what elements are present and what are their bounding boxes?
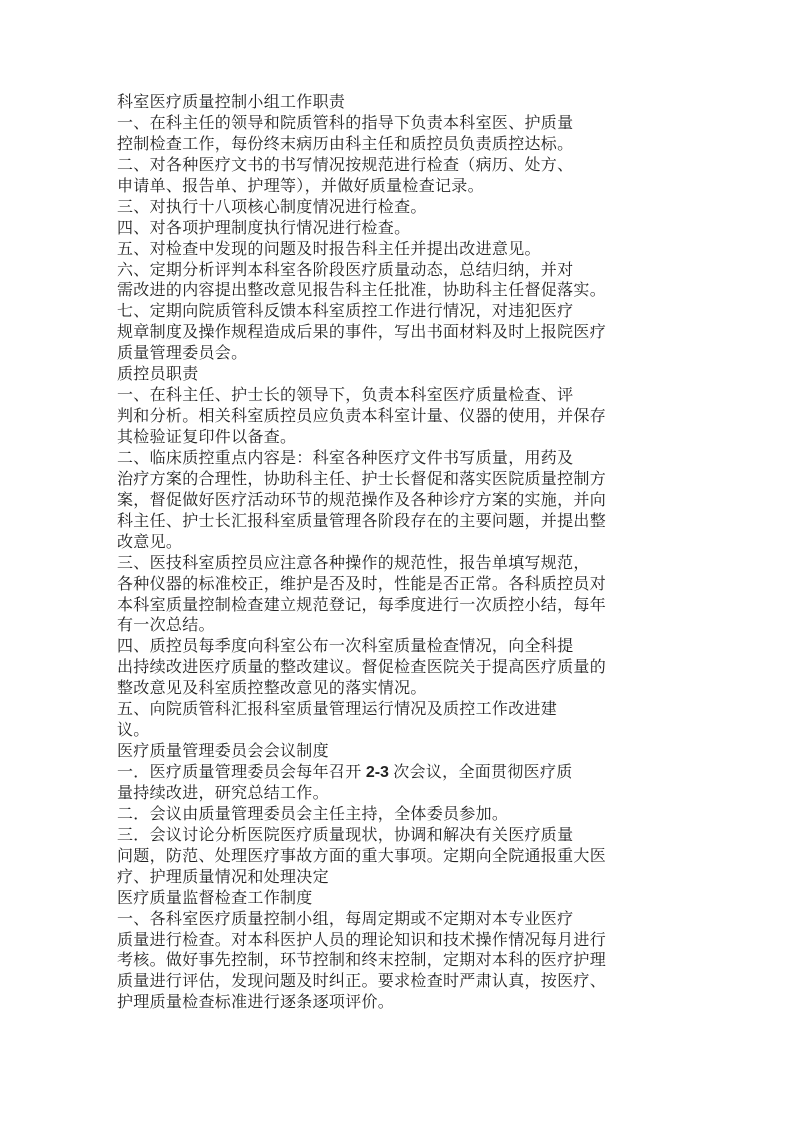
text-line: 二、对各种医疗文书的书写情况按规范进行检查（病历、处方、: [117, 156, 747, 177]
text-line: 一、在科主任、护士长的领导下，负责本科室医疗质量检查、评: [117, 386, 747, 407]
text-line: 三．会议讨论分析医院医疗质量现状，协调和解决有关医疗质量: [117, 826, 747, 847]
text-line: 五、向院质管科汇报科室质量管理运行情况及质控工作改进建: [117, 700, 747, 721]
text-line: 四、质控员每季度向科室公布一次科室质量检查情况，向全科提: [117, 637, 747, 658]
text-line: 考核。做好事先控制，环节控制和终末控制，定期对本科的医疗护理: [117, 951, 747, 972]
text-line: 科主任、护士长汇报科室质量管理各阶段存在的主要问题，并提出整: [117, 512, 747, 533]
text-line: 质量管理委员会。: [117, 344, 747, 365]
text-line: 治疗方案的合理性，协助科主任、护士长督促和落实医院质量控制方: [117, 470, 747, 491]
section-heading: 医疗质量管理委员会会议制度: [117, 742, 747, 763]
text-line: 各种仪器的标准校正，维护是否及时，性能是否正常。各科质控员对: [117, 575, 747, 596]
text-line: 整改意见及科室质控整改意见的落实情况。: [117, 679, 747, 700]
text-line: 量持续改进，研究总结工作。: [117, 784, 747, 805]
text-line: 控制检查工作，每份终末病历由科主任和质控员负责质控达标。: [117, 135, 747, 156]
text-line: 判和分析。相关科室质控员应负责本科室计量、仪器的使用，并保存: [117, 407, 747, 428]
text-line: 案，督促做好医疗活动环节的规范操作及各种诊疗方案的实施，并向: [117, 491, 747, 512]
text-line: 一、在科主任的领导和院质管科的指导下负责本科室医、护质量: [117, 114, 747, 135]
text-line: 一、各科室医疗质量控制小组，每周定期或不定期对本专业医疗: [117, 910, 747, 931]
text-line: 质量进行评估，发现问题及时纠正。要求检查时严肃认真，按医疗、: [117, 972, 747, 993]
text-line: 六、定期分析评判本科室各阶段医疗质量动态，总结归纳，并对: [117, 261, 747, 282]
text-line: 二、临床质控重点内容是：科室各种医疗文件书写质量，用药及: [117, 449, 747, 470]
text-line: 问题，防范、处理医疗事故方面的重大事项。定期向全院通报重大医: [117, 847, 747, 868]
text-line: 其检验证复印件以备查。: [117, 428, 747, 449]
text-line: 一．医疗质量管理委员会每年召开 2-3 次会议，全面贯彻医疗质: [117, 763, 747, 784]
text-line: 四、对各项护理制度执行情况进行检查。: [117, 219, 747, 240]
section-heading: 质控员职责: [117, 365, 747, 386]
text-line: 疗、护理质量情况和处理决定: [117, 868, 747, 889]
document-body: 科室医疗质量控制小组工作职责一、在科主任的领导和院质管科的指导下负责本科室医、护…: [117, 93, 747, 1014]
text-line: 二．会议由质量管理委员会主任主持，全体委员参加。: [117, 805, 747, 826]
text-run: 一．医疗质量管理委员会每年召开: [117, 764, 366, 781]
text-line: 七、定期向院质管科反馈本科室质控工作进行情况，对违犯医疗: [117, 302, 747, 323]
bold-number-run: 2-3: [366, 764, 389, 781]
text-line: 三、医技科室质控员应注意各种操作的规范性，报告单填写规范，: [117, 554, 747, 575]
text-line: 申请单、报告单、护理等），并做好质量检查记录。: [117, 177, 747, 198]
text-line: 本科室质量控制检查建立规范登记，每季度进行一次质控小结，每年: [117, 596, 747, 617]
text-line: 五、对检查中发现的问题及时报告科主任并提出改进意见。: [117, 240, 747, 261]
section-heading: 医疗质量监督检查工作制度: [117, 889, 747, 910]
text-run: 次会议，全面贯彻医疗质: [389, 764, 573, 781]
text-line: 需改进的内容提出整改意见报告科主任批准，协助科主任督促落实。: [117, 281, 747, 302]
text-line: 议。: [117, 721, 747, 742]
text-line: 有一次总结。: [117, 616, 747, 637]
text-line: 护理质量检查标准进行逐条逐项评价。: [117, 993, 747, 1014]
text-line: 出持续改进医疗质量的整改建议。督促检查医院关于提高医疗质量的: [117, 658, 747, 679]
text-line: 三、对执行十八项核心制度情况进行检查。: [117, 198, 747, 219]
text-line: 改意见。: [117, 533, 747, 554]
text-line: 质量进行检查。对本科医护人员的理论知识和技术操作情况每月进行: [117, 931, 747, 952]
text-line: 规章制度及操作规程造成后果的事件，写出书面材料及时上报院医疗: [117, 323, 747, 344]
document-page: 科室医疗质量控制小组工作职责一、在科主任的领导和院质管科的指导下负责本科室医、护…: [0, 0, 793, 1122]
section-heading: 科室医疗质量控制小组工作职责: [117, 93, 747, 114]
